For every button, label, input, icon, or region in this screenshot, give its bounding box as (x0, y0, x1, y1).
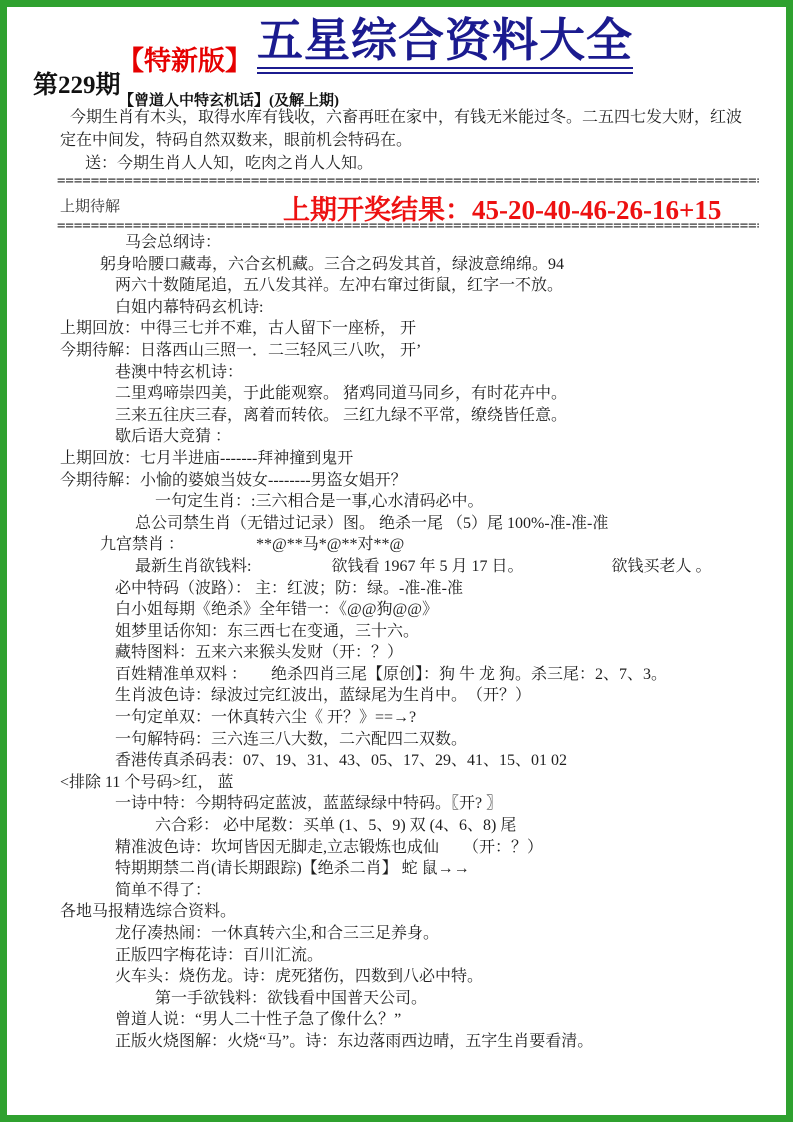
text-line: 总公司禁生肖（无错过记录）图。 绝杀一尾 （5）尾 100%-准-准-准 (7, 513, 786, 535)
text-line: 曾道人说：“男人二十性子急了像什么？” (7, 1009, 786, 1031)
text-line: 六合彩： 必中尾数：买单 (1、5、9) 双 (4、6、8) 尾 (7, 815, 786, 837)
text-line: 生肖波色诗：绿波过完红波出，蓝绿尾为生肖中。 （开？） (7, 685, 786, 707)
intro-lines: 今期生肖有木头，取得水库有钱收，六畜再旺在家中，有钱无米能过冬。二五四七发大财，… (7, 106, 786, 175)
section-subtitle: 【曾道人中特玄机话】(及解上期) (119, 89, 339, 110)
text-line: <排除 11 个号码>红， 蓝 (7, 772, 786, 794)
text-line: 送：今期生肖人人知，吃肉之肖人人知。 (7, 152, 786, 175)
text-line: 白小姐每期《绝杀》全年错一：《@@狗@@》 (7, 599, 786, 621)
text-line: 火车头：烧伤龙。诗：虎死猪伤，四数到八必中特。 (7, 966, 786, 988)
text-line: 三来五往庆三春，离着而转依。 三红九绿不平常，缭绕皆任意。 (7, 405, 786, 427)
text-line: 上期回放：中得三七并不难，古人留下一座桥， 开 (7, 318, 786, 340)
text-line: 一句解特码：三六连三八大数，二六配四二双数。 (7, 729, 786, 751)
text-line: 二里鸡啼崇四美，于此能观察。 猪鸡同道马同乡，有时花卉中。 (7, 383, 786, 405)
text-line: 定在中间发，特码自然双数来，眼前机会特码在。 (7, 129, 786, 152)
last-draw-result: 上期开奖结果：45-20-40-46-26-16+15 (283, 188, 721, 227)
separator-line: ========================================… (57, 176, 759, 187)
text-line: 今期待解：小愉的婆娘当妓女--------男盗女娼开？ (7, 470, 786, 492)
lottery-info-sheet: 第229期 【特新版】 五星综合资料大全 【曾道人中特玄机话】(及解上期) 今期… (0, 0, 793, 1122)
text-line: 香港传真杀码表：07、19、31、43、05、17、29、41、15、01 02 (7, 750, 786, 772)
text-line: 巷澳中特玄机诗： (7, 362, 786, 384)
text-line: 正版四字梅花诗：百川汇流。 (7, 945, 786, 967)
text-line: 两六十数随尾追，五八发其祥。左冲右窜过街鼠，红字一不放。 (7, 275, 786, 297)
text-line: 最新生肖欲钱料: 欲钱看 1967 年 5 月 17 日。 欲钱买老人 。 (7, 556, 786, 578)
text-line: 今期待解：日落西山三照一．二三轻风三八吹， 开’ (7, 340, 786, 362)
text-line: 一句定单双：一休真转六尘《 开？》==→? (7, 707, 786, 729)
pending-label: 上期待解 (60, 195, 120, 216)
text-line: 各地马报精选综合资料。 (7, 901, 786, 923)
text-line: 白姐内幕特码玄机诗: (7, 297, 786, 319)
text-line: 九宫禁肖 ： **@**马*@**对**@ (7, 534, 786, 556)
sheet-header: 第229期 【特新版】 五星综合资料大全 【曾道人中特玄机话】(及解上期) (7, 7, 786, 103)
edition-badge: 【特新版】 (117, 39, 252, 78)
text-line: 躬身哈腰口藏毒，六合玄机藏。三合之码发其首，绿波意绵绵。94 (7, 254, 786, 276)
text-line: 一句定生肖：:三六相合是一事,心水清码必中。 (7, 491, 786, 513)
issue-number: 第229期 (33, 65, 121, 101)
text-line: 马会总纲诗： (7, 232, 786, 254)
text-line: 龙仔凑热闹：一休真转六尘,和合三三足养身。 (7, 923, 786, 945)
text-line: 藏特图料：五来六来猴头发财（开：？） (7, 642, 786, 664)
text-line: 特期期禁二肖(请长期跟踪)【绝杀二肖】 蛇 鼠→→ (7, 858, 786, 880)
text-line: 精准波色诗：坎坷皆因无脚走,立志锻炼也成仙 （开：？） (7, 837, 786, 859)
content-lines: 马会总纲诗：躬身哈腰口藏毒，六合玄机藏。三合之码发其首，绿波意绵绵。94两六十数… (7, 232, 786, 1053)
text-line: 上期回放：七月半进庙-------拜神撞到鬼开 (7, 448, 786, 470)
text-line: 姐梦里话你知：东三西七在变通，三十六。 (7, 621, 786, 643)
text-line: 百姓精准单双料 ： 绝杀四肖三尾【原创】：狗 牛 龙 狗。杀三尾：2、7、3。 (7, 664, 786, 686)
text-line: 必中特码（波路）： 主：红波；防：绿。-准-准-准 (7, 578, 786, 600)
text-line: 正版火烧图解：火烧“马”。诗：东边落雨西边晴，五字生肖要看清。 (7, 1031, 786, 1053)
text-line: 歇后语大竞猜 ： (7, 426, 786, 448)
text-line: 简单不得了： (7, 880, 786, 902)
text-line: 一诗中特：今期特码定蓝波，蓝蓝绿绿中特码。〖开? 〗 (7, 793, 786, 815)
page-title: 五星综合资料大全 (257, 17, 633, 74)
text-line: 第一手欲钱料：欲钱看中国普天公司。 (7, 988, 786, 1010)
result-row: 上期待解 上期开奖结果：45-20-40-46-26-16+15 (7, 187, 786, 220)
